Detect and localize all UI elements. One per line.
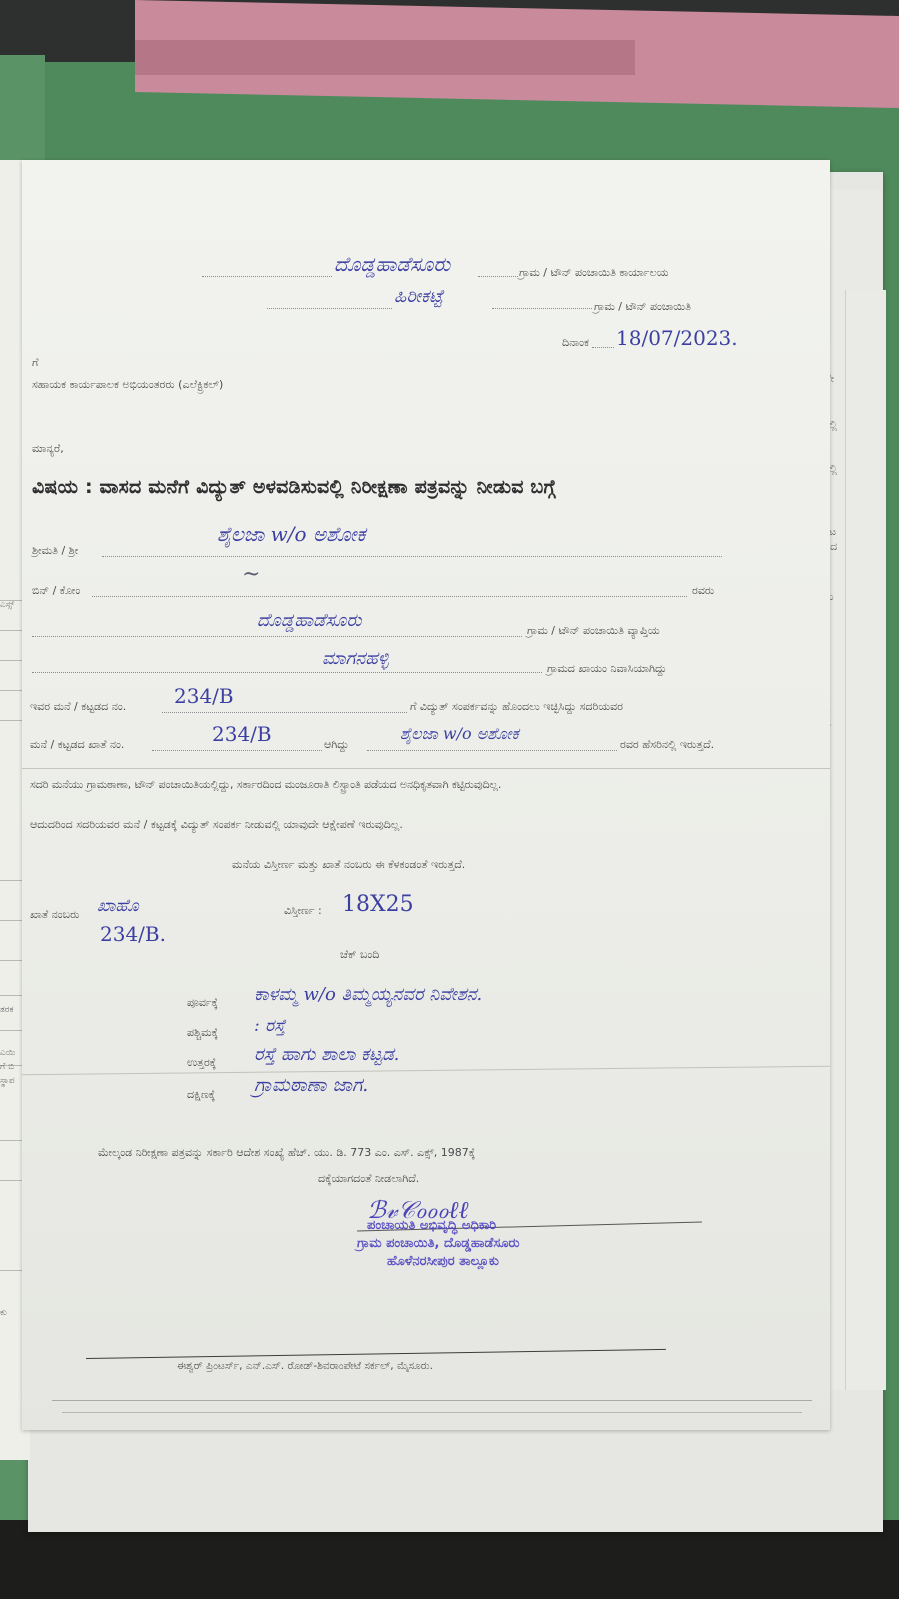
bin-label: ಬಿನ್ / ಕೋಂ <box>32 584 80 598</box>
stamp-line-3: ಹೊಳೆನರಸೀಪುರ ತಾಲ್ಲೂಕು <box>387 1254 499 1269</box>
khata-label: ಮನೆ / ಕಟ್ಟಡದ ಖಾತೆ ನಂ. <box>30 738 124 752</box>
house-no-suffix: ಗೆ ವಿದ್ಯುತ್ ಸಂಪರ್ಕವನ್ನು ಹೊಂದಲು ಇಚ್ಛಿಸಿದ್… <box>410 700 623 714</box>
stamp-line-1: ಪಂಚಾಯತಿ ಅಭಿವೃದ್ಧಿ ಅಧಿಕಾರಿ <box>367 1218 496 1233</box>
to-label: ಗೆ <box>32 356 38 370</box>
resident-suffix: ಗ್ರಾಮದ ಖಾಯಂ ನಿವಾಸಿಯಾಗಿದ್ದು <box>547 662 667 676</box>
closing-line-1: ಮೇಲ್ಕಂಡ ನಿರೀಕ್ಷಣಾ ಪತ್ರವನ್ನು ಸರ್ಕಾರಿ ಆದೇಶ… <box>98 1146 475 1160</box>
body-line-1: ಸದರಿ ಮನೆಯು ಗ್ರಾಮಠಾಣಾ, ಟೌನ್ ಪಂಚಾಯಿತಿಯಲ್ಲಿ… <box>30 778 501 792</box>
village-name: ದೊಡ್ಡಹಾಡೆಸೂರು <box>257 610 362 631</box>
date-value: 18/07/2023. <box>616 326 738 350</box>
pink-folder-shadow <box>135 40 635 75</box>
certificate-page: ದೊಡ್ಡಹಾಡೆಸೂರು ಗ್ರಾಮ / ಟೌನ್ ಪಂಚಾಯಿತಿ ಕಾರ್… <box>22 160 830 1430</box>
bin-suffix: ರವರು <box>692 584 714 598</box>
printer-credit: ಈಶ್ವರ್ ಪ್ರಿಂಟರ್ಸ್, ಎನ್.ಎಸ್. ರೋಡ್-ಶಿವರಾಂಪ… <box>177 1360 433 1373</box>
office-label: ಗ್ರಾಮ / ಟೌನ್ ಪಂಚಾಯಿತಿ ಕಾರ್ಯಾಲಯ <box>519 266 669 280</box>
area-label: ವಿಸ್ತೀರ್ಣ : <box>284 904 322 918</box>
resident-village: ಮಾಗನಹಳ್ಳಿ <box>322 648 389 669</box>
salutation: ಮಾನ್ಯರೆ, <box>32 442 64 456</box>
office-name-handwritten: ದೊಡ್ಡಹಾಡೆಸೂರು <box>334 252 450 276</box>
paper-fold-2 <box>22 1066 830 1075</box>
bin-value: ~ <box>242 562 260 587</box>
khata-value: 234/B <box>212 722 272 746</box>
owner-suffix: ರವರ ಹೆಸರಿನಲ್ಲಿ ಇರುತ್ತದೆ. <box>620 738 714 752</box>
date-label: ದಿನಾಂಕ <box>562 336 589 350</box>
house-no-value: 234/B <box>174 684 234 708</box>
house-no-label: ಇವರ ಮನೆ / ಕಟ್ಟಡದ ನಂ. <box>30 700 126 714</box>
closing-line-2: ದಕ್ಕೆಯಾಗದಂತೆ ನೀಡಲಾಗಿದೆ. <box>318 1172 419 1186</box>
recipient: ಸಹಾಯಕ ಕಾರ್ಯಪಾಲಕ ಅಭಿಯಂತರರು (ಎಲೆಕ್ಟ್ರಿಕಲ್) <box>32 378 223 392</box>
village-suffix: ಗ್ರಾಮ / ಟೌನ್ ಪಂಚಾಯಿತಿ ವ್ಯಾಪ್ತಿಯ <box>527 624 660 638</box>
stamp-line-2: ಗ್ರಾಮ ಪಂಚಾಯಿತಿ, ದೊಡ್ಡಹಾಡೆಸೂರು <box>357 1236 520 1251</box>
owner-name: ಶೈಲಜಾ w/o ಅಶೋಕ <box>400 724 519 744</box>
paper-fold <box>22 768 830 769</box>
khata-mid: ಆಗಿದ್ದು <box>324 738 349 752</box>
subject-line: ವಿಷಯ : ವಾಸದ ಮನೆಗೆ ವಿದ್ಯುತ್ ಅಳವಡಿಸುವಲ್ಲಿ … <box>32 476 556 498</box>
applicant-label: ಶ್ರೀಮತಿ / ಶ್ರೀ <box>32 544 78 558</box>
underlying-page-far-right <box>845 290 886 1390</box>
footer-rule <box>86 1349 666 1359</box>
panchayat-name-handwritten: ಹಿರೀಕಟ್ಟೆ <box>394 286 443 307</box>
applicant-name: ಶೈಲಜಾ w/o ಅಶೋಕ <box>217 522 365 546</box>
khata-number-label: ಖಾತೆ ನಂಬರು <box>30 908 79 922</box>
khata-number-value-2: 234/B. <box>100 922 166 946</box>
panchayat-label: ಗ್ರಾಮ / ಟೌನ್ ಪಂಚಾಯಿತಿ <box>594 300 691 314</box>
boundaries-heading: ಚೆಕ್ ಬಂದಿ <box>340 948 379 962</box>
body-line-2: ಆದುದರಿಂದ ಸದರಿಯವರ ಮನೆ / ಕಟ್ಟಡಕ್ಕೆ ವಿದ್ಯುತ… <box>30 818 403 832</box>
khata-number-value-1: ಖಾಹೊ <box>97 896 139 916</box>
body-line-3: ಮನೆಯ ವಿಸ್ತೀರ್ಣ ಮತ್ತು ಖಾತೆ ನಂಬರು ಈ ಕೆಳಕಂಡ… <box>232 858 465 872</box>
area-value: 18X25 <box>342 892 414 917</box>
